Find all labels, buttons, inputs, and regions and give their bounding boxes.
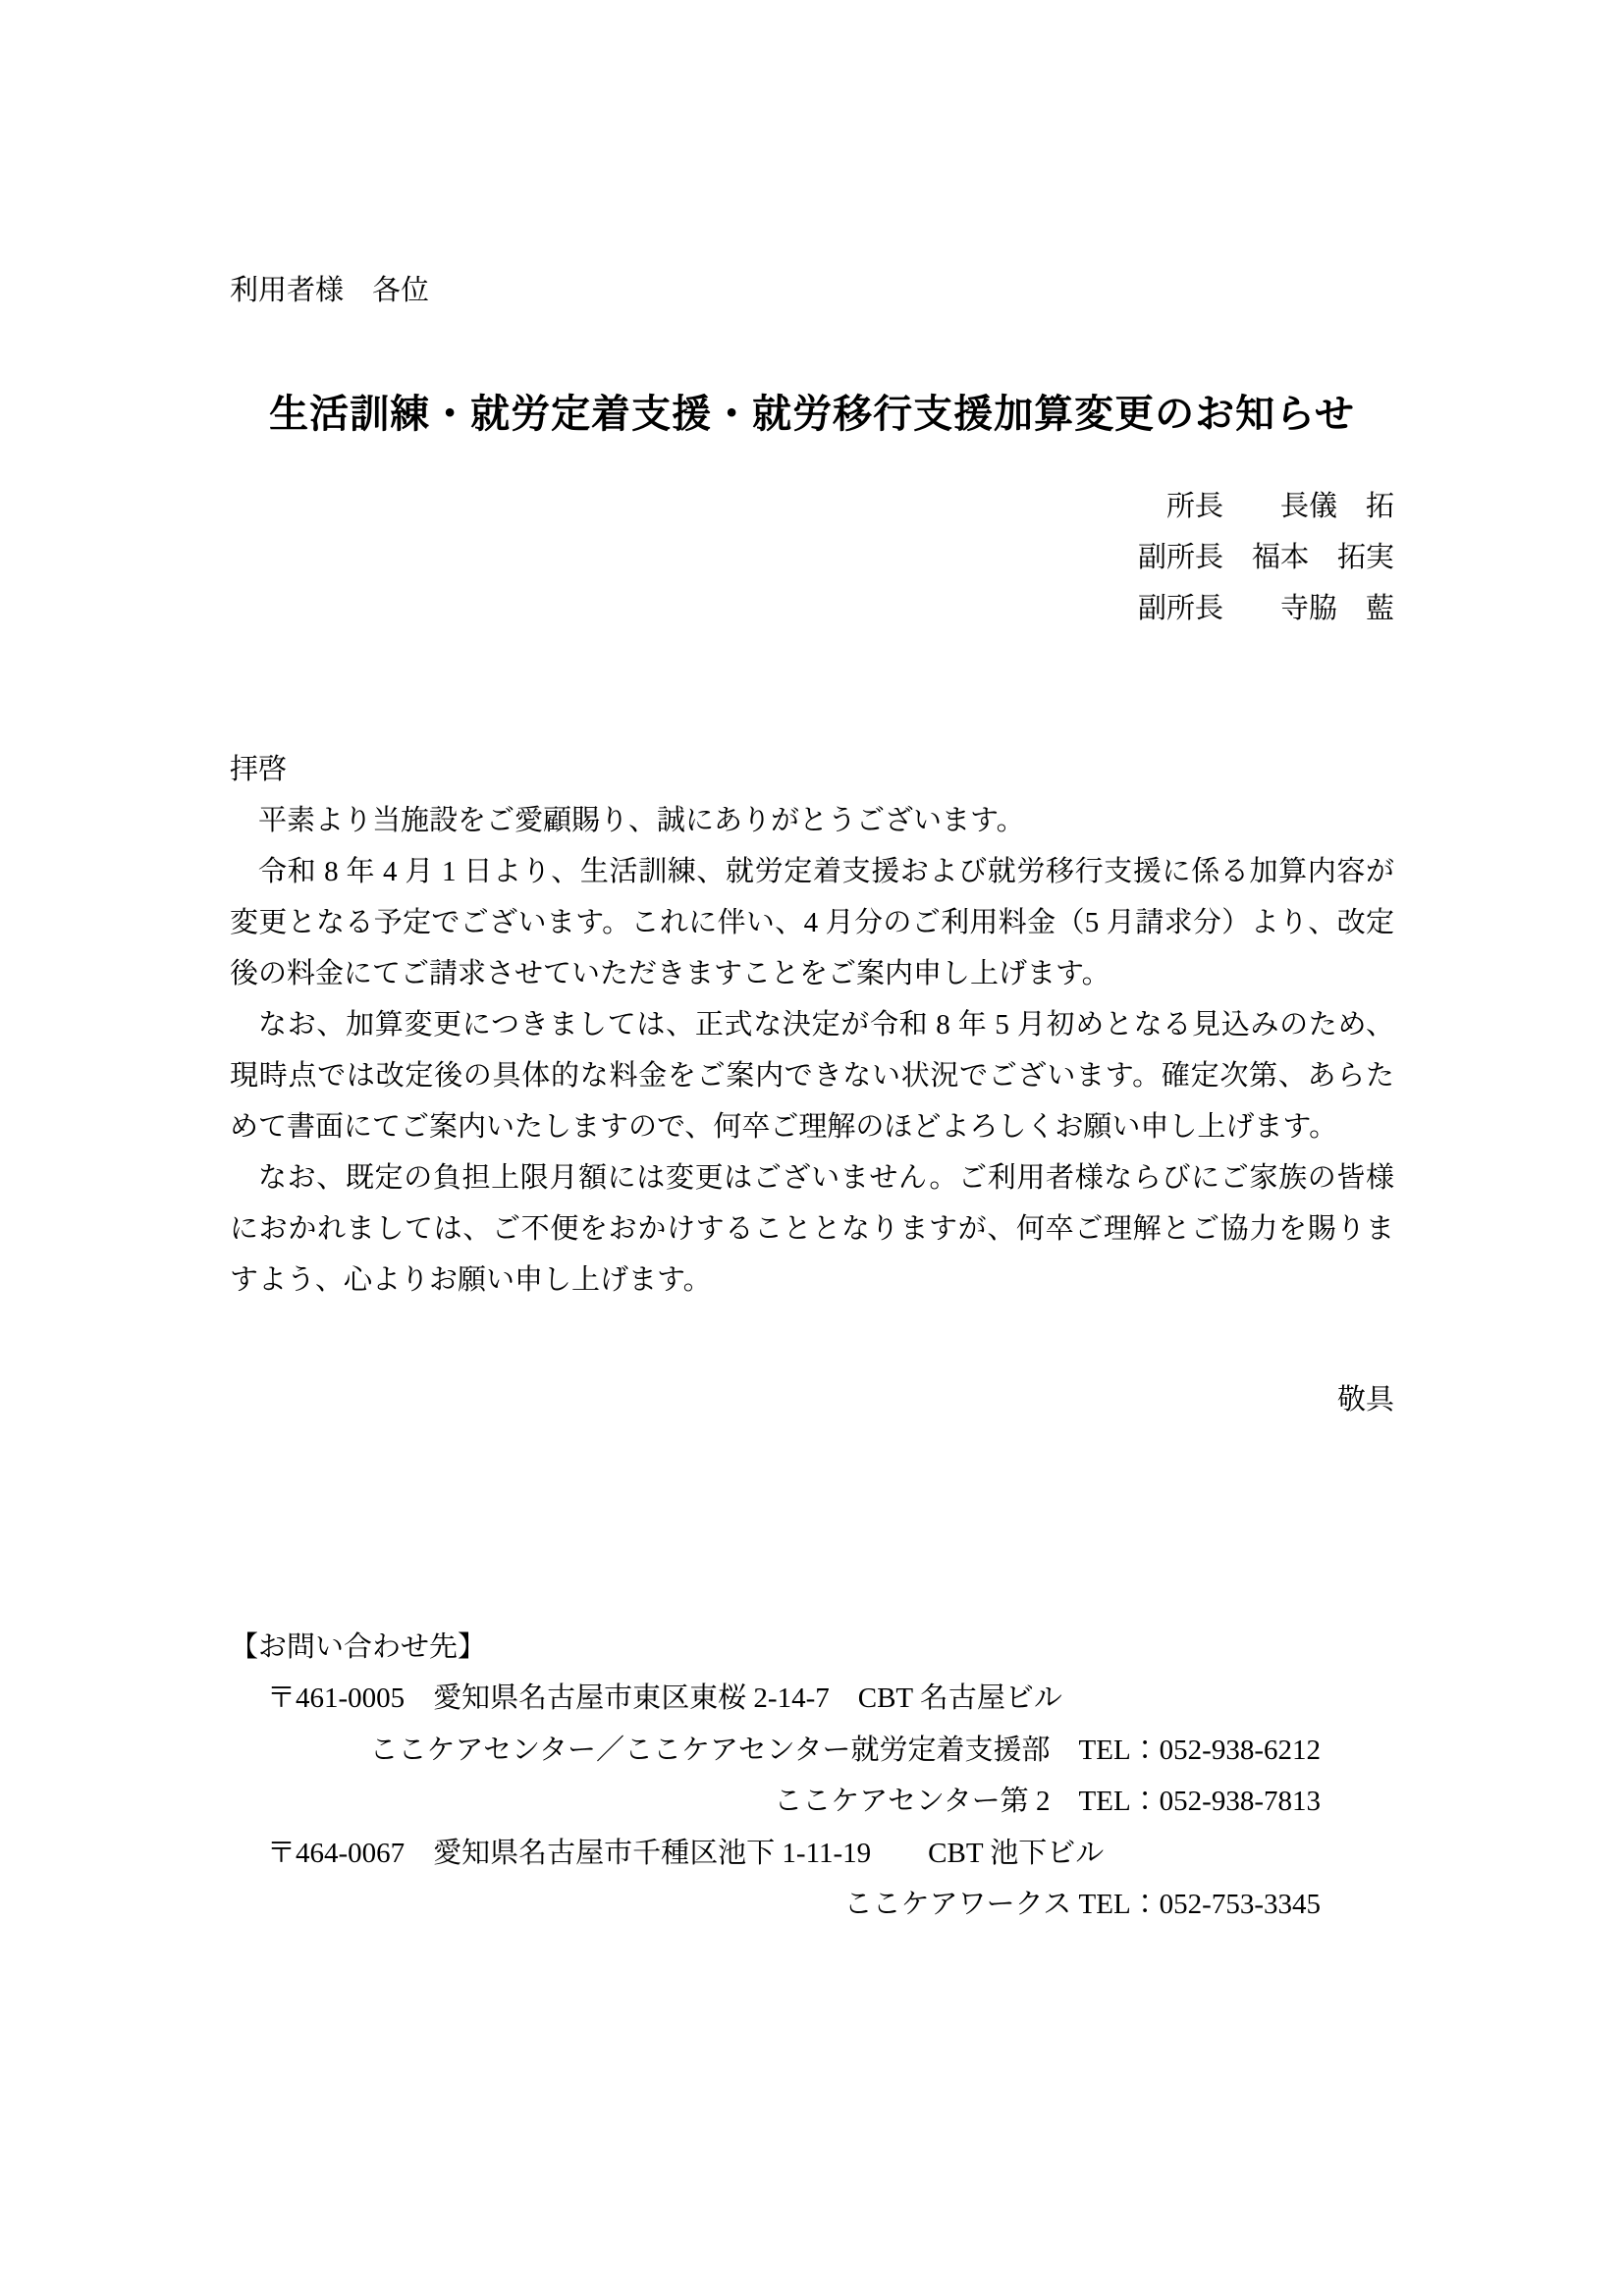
body-paragraph-greeting: 平素より当施設をご愛顧賜り、誠にありがとうございます。 (230, 795, 1394, 846)
letter-body: 拝啓 平素より当施設をご愛顧賜り、誠にありがとうございます。 令和 8 年 4 … (230, 744, 1394, 1425)
contact-tel-care-center: ここケアセンター／ここケアセンター就労定着支援部 TEL：052-938-621… (230, 1725, 1394, 1777)
contact-tel-care-center-2: ここケアセンター第 2 TEL：052-938-7813 (230, 1776, 1394, 1828)
signatory-line-deputy-director-2: 副所長 寺脇 藍 (230, 583, 1394, 634)
document-content: 利用者様 各位 生活訓練・就労定着支援・就労移行支援加算変更のお知らせ 所長 長… (0, 273, 1624, 1931)
contact-address-higashisakura: 〒461-0005 愛知県名古屋市東区東桜 2-14-7 CBT 名古屋ビル (230, 1673, 1394, 1725)
contact-tel-care-works: ここケアワークス TEL：052-753-3345 (230, 1879, 1394, 1931)
signatory-line-deputy-director-1: 副所長 福本 拓実 (230, 532, 1394, 583)
contact-address-ikeshita: 〒464-0067 愛知県名古屋市千種区池下 1-11-19 CBT 池下ビル (230, 1828, 1394, 1880)
document-title: 生活訓練・就労定着支援・就労移行支援加算変更のお知らせ (230, 391, 1394, 438)
signatory-line-director: 所長 長儀 拓 (230, 481, 1394, 532)
contact-block: 【お問い合わせ先】 〒461-0005 愛知県名古屋市東区東桜 2-14-7 C… (230, 1622, 1394, 1931)
body-paragraph-fee-change: 令和 8 年 4 月 1 日より、生活訓練、就労定着支援および就労移行支援に係る… (230, 846, 1394, 999)
document-page: 利用者様 各位 生活訓練・就労定着支援・就労移行支援加算変更のお知らせ 所長 長… (0, 0, 1624, 2296)
salutation: 拝啓 (230, 744, 1394, 795)
signatory-block: 所長 長儀 拓 副所長 福本 拓実 副所長 寺脇 藍 (230, 481, 1394, 634)
body-paragraph-decision-timing: なお、加算変更につきましては、正式な決定が令和 8 年 5 月初めとなる見込みの… (230, 999, 1394, 1152)
recipient-line: 利用者様 各位 (230, 273, 1394, 308)
closing-word: 敬具 (230, 1374, 1394, 1425)
body-paragraph-cap-unchanged: なお、既定の負担上限月額には変更はございません。ご利用者様ならびにご家族の皆様に… (230, 1152, 1394, 1306)
contact-heading: 【お問い合わせ先】 (230, 1622, 1394, 1673)
